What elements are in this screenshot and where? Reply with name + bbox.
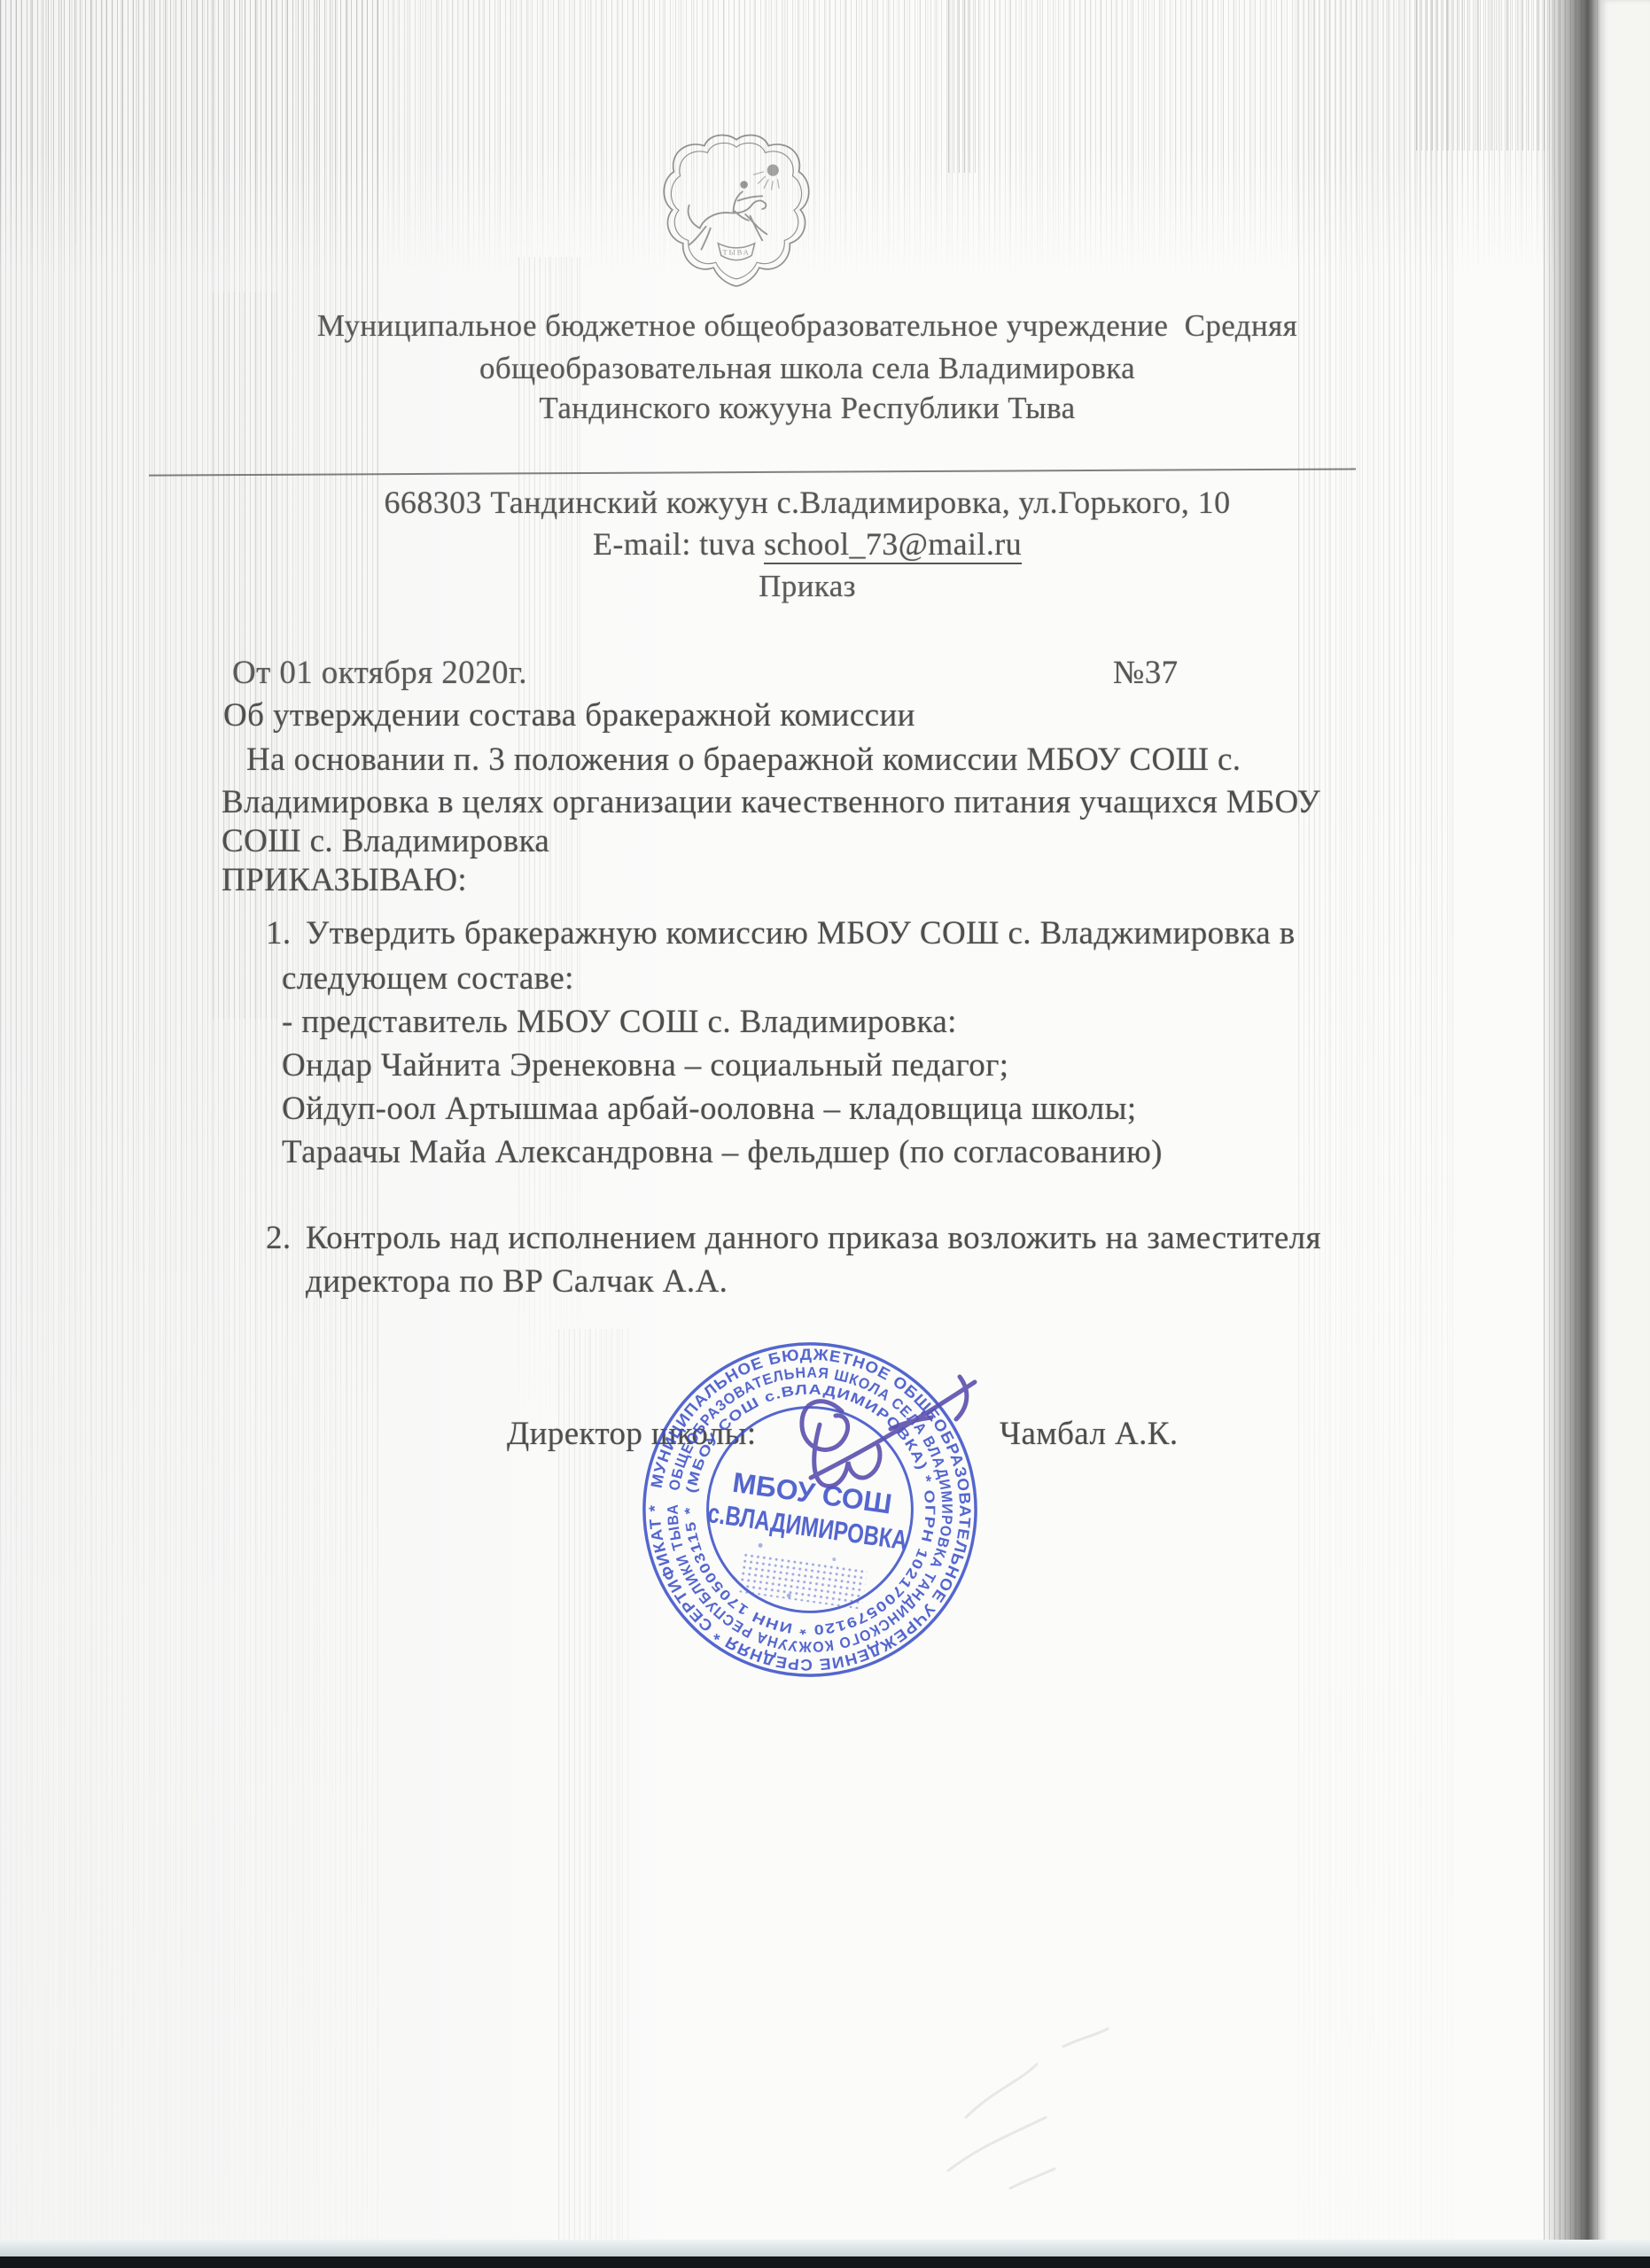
email-label: E-mail: tuva bbox=[593, 526, 756, 562]
stamp-halftone-patch bbox=[738, 1552, 868, 1610]
emblem-ribbon: ТЫВА bbox=[718, 244, 754, 260]
body-line-1: На основании п. 3 положения о браеражной… bbox=[246, 741, 1241, 779]
item1-line-1: Утвердить бракеражную комиссию МБОУ СОШ … bbox=[306, 914, 1296, 952]
doc-type-title: Приказ bbox=[0, 569, 1615, 604]
header-divider-line bbox=[149, 468, 1356, 476]
doc-date: От 01 октября 2020г. bbox=[232, 654, 527, 692]
emblem-sun bbox=[753, 165, 779, 190]
email-line: E-mail: tuva school_73@mail.ru bbox=[0, 525, 1615, 563]
item1-line-4: Ондар Чайнита Эренековна – социальный пе… bbox=[282, 1046, 1008, 1084]
item2-line-1: Контроль над исполнением данного приказа… bbox=[306, 1219, 1321, 1257]
emblem-banner-text: ТЫВА bbox=[722, 248, 750, 257]
director-signature-ink bbox=[758, 1345, 1023, 1531]
doc-subject: Об утверждении состава бракеражной комис… bbox=[223, 696, 915, 734]
org-name-line-3: Тандинского кожууна Республики Тыва bbox=[0, 391, 1615, 426]
org-name-line-1: Муниципальное бюджетное общеобразователь… bbox=[0, 308, 1615, 344]
body-line-4: ПРИКАЗЫВАЮ: bbox=[222, 861, 467, 899]
scanned-document-page: ТЫВА Муниципальное бюджетное общеобразов… bbox=[0, 0, 1650, 2268]
list-item-2-number: 2. bbox=[266, 1219, 292, 1257]
scanner-bottom-light-strip bbox=[0, 2240, 1650, 2256]
org-name-line-2: общеобразовательная школа села Владимиро… bbox=[0, 351, 1615, 386]
item1-line-5: Ойдуп-оол Артышмаа арбай-ооловна – кладо… bbox=[282, 1090, 1137, 1128]
email-address: school_73@mail.ru bbox=[764, 526, 1022, 564]
emblem-horse-rider bbox=[689, 181, 767, 249]
item1-line-3: - представитель МБОУ СОШ с. Владимировка… bbox=[282, 1003, 957, 1041]
scanner-bottom-black-bar bbox=[0, 2256, 1650, 2268]
body-line-3: СОШ с. Владимировка bbox=[222, 822, 549, 860]
org-address: 668303 Тандинский кожуун с.Владимировка,… bbox=[0, 484, 1615, 521]
item1-line-6: Тараачы Майа Александровна – фельдшер (п… bbox=[282, 1133, 1163, 1171]
emblem-cloud-border bbox=[664, 135, 808, 285]
item2-line-2: директора по ВР Салчак А.А. bbox=[306, 1262, 728, 1301]
faint-pencil-marks bbox=[930, 2011, 1134, 2206]
body-line-2: Владимировка в целях организации качеств… bbox=[222, 783, 1320, 821]
doc-number: №37 bbox=[1113, 654, 1179, 692]
signer-name: Чамбал А.К. bbox=[1000, 1415, 1178, 1453]
scan-streak-dark-top bbox=[948, 0, 977, 173]
scan-streaks-top-right-corner bbox=[1416, 0, 1549, 151]
tyva-emblem: ТЫВА bbox=[660, 129, 813, 299]
item1-line-2: следующем составе: bbox=[282, 959, 574, 998]
list-item-1-number: 1. bbox=[266, 914, 292, 952]
scan-streaks-middle-lower bbox=[558, 1329, 629, 2268]
